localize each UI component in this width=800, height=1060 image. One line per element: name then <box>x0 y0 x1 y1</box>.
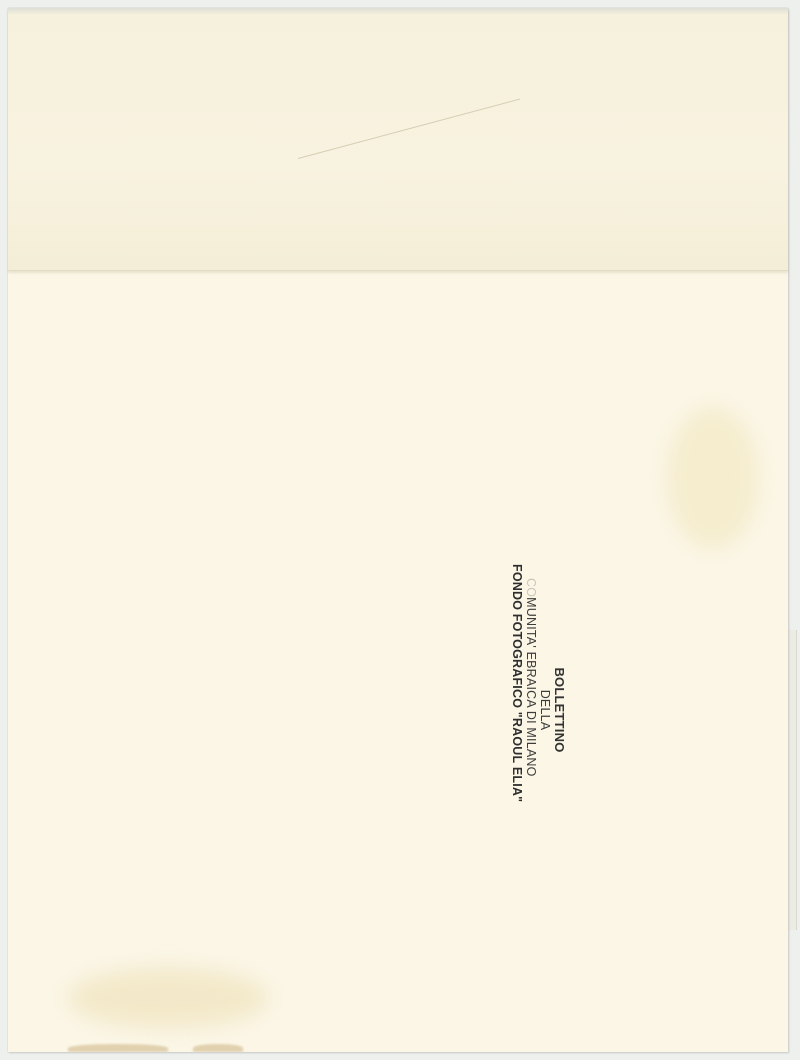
stamp-line-3-faded: CO <box>524 578 538 597</box>
stamp-text-block: BOLLETTINO DELLA COMUNITA' EBRAICA DI MI… <box>510 560 566 860</box>
paper-crease <box>298 98 520 158</box>
foxing-stain <box>668 408 758 548</box>
stamp-line-3: COMUNITA' EBRAICA DI MILANO <box>524 560 538 860</box>
edge-stain <box>68 1044 168 1052</box>
archive-stamp: BOLLETTINO DELLA COMUNITA' EBRAICA DI MI… <box>483 560 593 860</box>
flap-edge <box>8 8 788 14</box>
edge-stain <box>193 1044 243 1052</box>
stamp-line-1: BOLLETTINO <box>552 560 566 860</box>
stamp-line-3-rest: MUNITA' EBRAICA DI MILANO <box>524 597 538 776</box>
stamp-line-2: DELLA <box>538 560 552 860</box>
foxing-stain <box>68 968 268 1028</box>
stamp-line-4: FONDO FOTOGRAFICO "RAOUL ELIA" <box>510 560 524 860</box>
folded-top-flap <box>8 8 788 271</box>
